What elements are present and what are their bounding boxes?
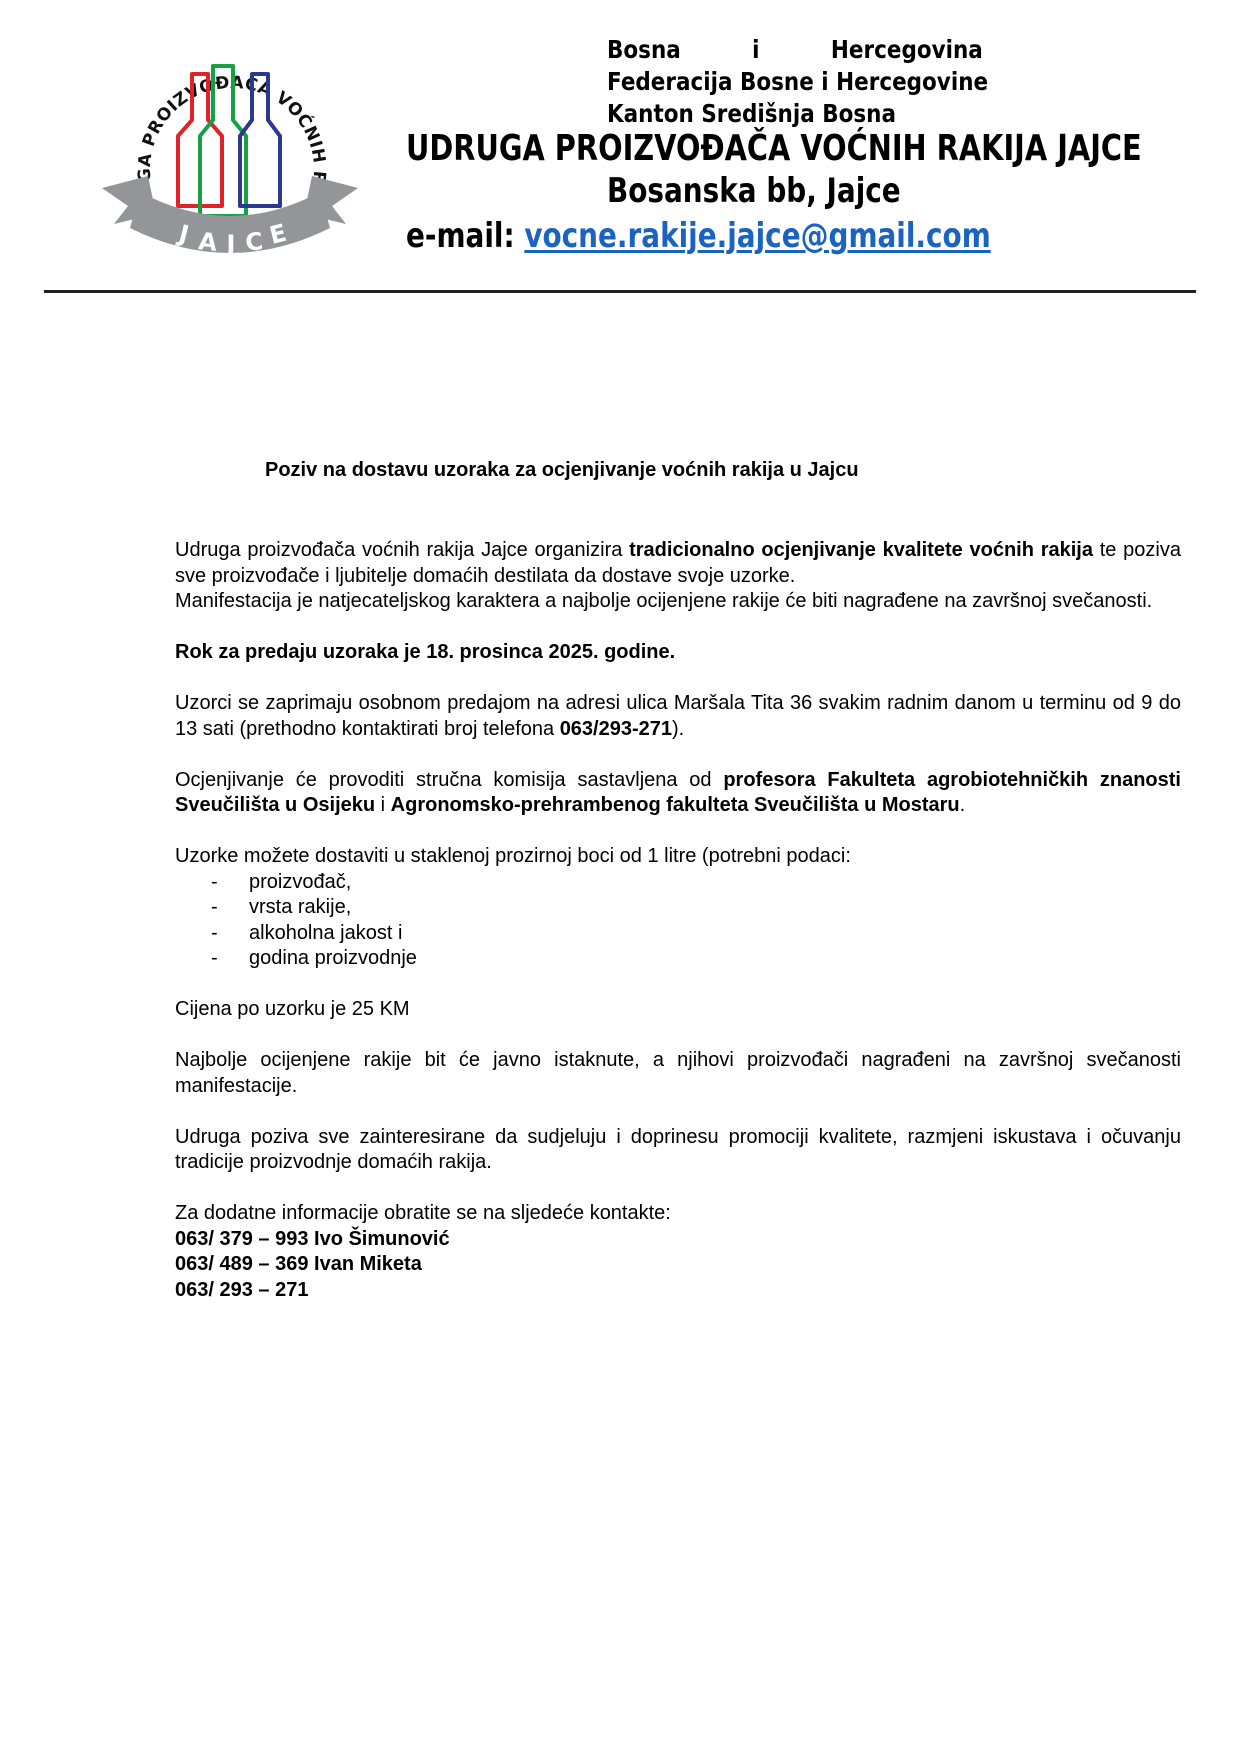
samples-intro: Uzorke možete dostaviti u staklenoj proz… [175,844,1181,870]
contacts-intro: Za dodatne informacije obratite se na sl… [175,1201,1181,1227]
email-label: e-mail: [406,216,515,256]
document-page: UDRUGA PROIZVOĐACA VOĆNIH RAKIJA J A J C… [0,0,1241,1755]
svg-text:A: A [197,227,219,257]
deadline-paragraph: Rok za predaju uzoraka je 18. prosinca 2… [175,640,1181,666]
invitation-paragraph: Udruga poziva sve zainteresirane da sudj… [175,1125,1181,1176]
canton-line: Kanton Središnja Bosna [607,98,930,130]
organization-address: Bosanska bb, Jajce [607,170,901,212]
competition-paragraph: Manifestacija je natjecateljskog karakte… [175,589,1181,615]
svg-text:C: C [244,227,264,257]
contact-entry: 063/ 293 – 271 [175,1278,1181,1304]
document-title: Poziv na dostavu uzoraka za ocjenjivanje… [265,458,1065,482]
dash-bullet-icon: - [211,870,218,896]
country-line: Bosna i Hercegovina [607,34,983,66]
contact-phone: 063/293-271 [560,718,672,740]
dash-bullet-icon: - [211,946,218,972]
contact-entry: 063/ 379 – 993 Ivo Šimunović [175,1227,1181,1253]
contacts-section: Za dodatne informacije obratite se na sl… [175,1201,1181,1303]
header-divider [44,290,1196,293]
organization-name: UDRUGA PROIZVOĐAČA VOĆNIH RAKIJA JAJCE [406,127,1126,171]
awards-paragraph: Najbolje ocijenjene rakije bit će javno … [175,1048,1181,1099]
dash-bullet-icon: - [211,895,218,921]
list-item: -alkoholna jakost i [175,921,1181,947]
document-body: Udruga proizvođača voćnih rakija Jajce o… [175,538,1181,1303]
letterhead-region-lines: Bosna i Hercegovina Federacija Bosne i H… [607,34,930,130]
list-item: -godina proizvodnje [175,946,1181,972]
association-logo: UDRUGA PROIZVOĐACA VOĆNIH RAKIJA J A J C… [100,28,360,268]
intro-paragraph: Udruga proizvođača voćnih rakija Jajce o… [175,538,1181,589]
price-paragraph: Cijena po uzorku je 25 KM [175,997,1181,1023]
contact-entry: 063/ 489 – 369 Ivan Miketa [175,1252,1181,1278]
jury-paragraph: Ocjenjivanje će provoditi stručna komisi… [175,768,1181,819]
list-item: -proizvođač, [175,870,1181,896]
email-line: e-mail: vocne.rakije.jajce@gmail.com [406,215,991,257]
svg-text:J: J [225,230,236,258]
list-item: -vrsta rakije, [175,895,1181,921]
delivery-paragraph: Uzorci se zaprimaju osobnom predajom na … [175,691,1181,742]
required-info-list: -proizvođač, -vrsta rakije, -alkoholna j… [175,870,1181,972]
email-link[interactable]: vocne.rakije.jajce@gmail.com [524,216,990,256]
federation-line: Federacija Bosne i Hercegovine [607,66,930,98]
dash-bullet-icon: - [211,921,218,947]
